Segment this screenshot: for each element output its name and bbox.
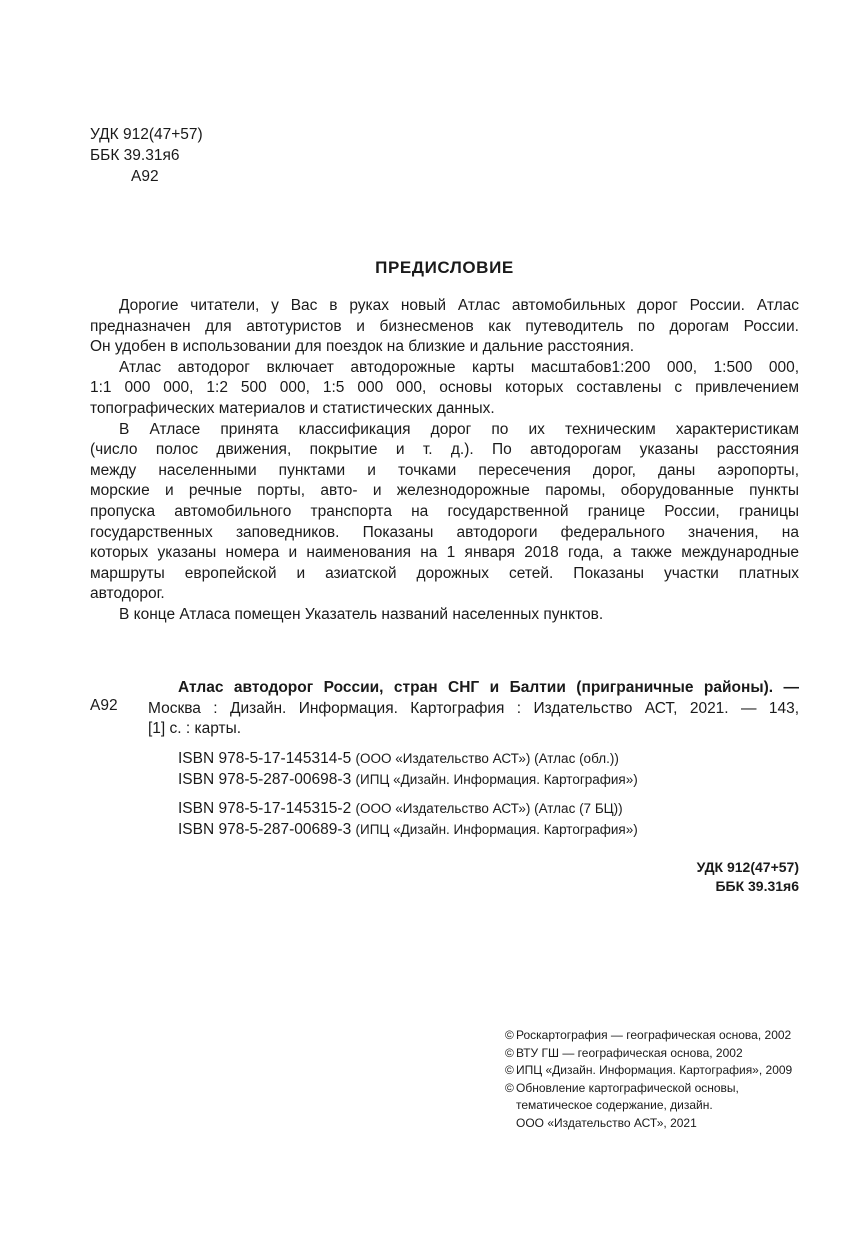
biblio-line: [1] с. : карты. [148, 719, 799, 740]
udk-code: УДК 912(47+57) [697, 858, 799, 877]
isbn-entry: ISBN 978-5-287-00698-3 (ИПЦ «Дизайн. Инф… [178, 769, 638, 790]
text-line: автодорог. [90, 584, 799, 605]
foreword-paragraph: В Атласе принята классификация дорог по … [90, 420, 799, 605]
isbn-entry: ISBN 978-5-17-145315-2 (ООО «Издательств… [178, 798, 638, 819]
text-line: В Атласе принята классификация дорог по … [90, 420, 799, 441]
isbn-number: ISBN 978-5-287-00689-3 [178, 821, 351, 838]
isbn-entry: ISBN 978-5-287-00689-3 (ИПЦ «Дизайн. Инф… [178, 819, 638, 840]
text-line: 1:1 000 000, 1:2 500 000, 1:5 000 000, о… [90, 378, 799, 399]
bbk-code: ББК 39.31я6 [90, 145, 203, 166]
isbn-number: ISBN 978-5-17-145315-2 [178, 800, 351, 817]
text-line: маршруты европейской и азиатской дорожны… [90, 564, 799, 585]
copyright-text: Роскартография — географическая основа, … [516, 1028, 791, 1042]
copyright-icon: © [505, 1045, 516, 1063]
foreword-title: ПРЕДИСЛОВИЕ [90, 258, 799, 278]
isbn-note: (ООО «Издательство АСТ») (Атлас (7 БЦ)) [356, 801, 623, 816]
foreword-paragraph: В конце Атласа помещен Указатель названи… [90, 605, 799, 626]
text-line: (число полос движения, покрытие и т. д.)… [90, 440, 799, 461]
copyright-text: ИПЦ «Дизайн. Информация. Картография», 2… [516, 1063, 792, 1077]
biblio-author-sign: А92 [90, 697, 118, 715]
isbn-number: ISBN 978-5-287-00698-3 [178, 771, 351, 788]
copyright-entry: ©ИПЦ «Дизайн. Информация. Картография», … [505, 1062, 792, 1080]
copyright-text: ООО «Издательство АСТ», 2021 [505, 1115, 792, 1133]
isbn-note: (ИПЦ «Дизайн. Информация. Картография») [356, 822, 638, 837]
copyright-icon: © [505, 1062, 516, 1080]
isbn-group: ISBN 978-5-17-145314-5 (ООО «Издательств… [178, 748, 638, 790]
classification-codes: УДК 912(47+57) ББК 39.31я6 А92 [90, 124, 203, 187]
udk-code: УДК 912(47+57) [90, 124, 203, 145]
biblio-codes: УДК 912(47+57) ББК 39.31я6 [697, 858, 799, 896]
bbk-code: ББК 39.31я6 [697, 877, 799, 896]
biblio-title: Атлас автодорог России, стран СНГ и Балт… [148, 678, 799, 699]
copyright-block: ©Роскартография — географическая основа,… [505, 1027, 792, 1133]
isbn-entry: ISBN 978-5-17-145314-5 (ООО «Издательств… [178, 748, 638, 769]
text-line: предназначен для автотуристов и бизнесме… [90, 317, 799, 338]
text-line: между населенными пунктами и точками пер… [90, 461, 799, 482]
copyright-text: Обновление картографической основы, [516, 1081, 739, 1095]
text-line: Атлас автодорог включает автодорожные ка… [90, 358, 799, 379]
foreword-paragraph: Дорогие читатели, у Вас в руках новый Ат… [90, 296, 799, 358]
foreword-body: Дорогие читатели, у Вас в руках новый Ат… [90, 296, 799, 626]
copyright-text: тематическое содержание, дизайн. [505, 1097, 792, 1115]
text-line: Он удобен в использовании для поездок на… [90, 337, 799, 358]
copyright-text: ВТУ ГШ — географическая основа, 2002 [516, 1046, 743, 1060]
copyright-entry: ©ВТУ ГШ — географическая основа, 2002 [505, 1045, 792, 1063]
biblio-line: Москва : Дизайн. Информация. Картография… [148, 699, 799, 720]
foreword-paragraph: Атлас автодорог включает автодорожные ка… [90, 358, 799, 420]
isbn-note: (ИПЦ «Дизайн. Информация. Картография») [356, 772, 638, 787]
text-line: топографических материалов и статистичес… [90, 399, 799, 420]
isbn-group: ISBN 978-5-17-145315-2 (ООО «Издательств… [178, 798, 638, 840]
biblio-record: Атлас автодорог России, стран СНГ и Балт… [148, 678, 799, 740]
author-sign: А92 [90, 166, 203, 187]
text-line: морские и речные порты, авто- и железнод… [90, 481, 799, 502]
text-line: В конце Атласа помещен Указатель названи… [90, 605, 799, 626]
isbn-number: ISBN 978-5-17-145314-5 [178, 750, 351, 767]
isbn-note: (ООО «Издательство АСТ») (Атлас (обл.)) [356, 751, 619, 766]
text-line: пропуска автомобильного транспорта на го… [90, 502, 799, 523]
copyright-icon: © [505, 1080, 516, 1098]
copyright-entry: ©Роскартография — географическая основа,… [505, 1027, 792, 1045]
copyright-icon: © [505, 1027, 516, 1045]
text-line: которых указаны номера и наименования на… [90, 543, 799, 564]
copyright-entry: ©Обновление картографической основы, [505, 1080, 792, 1098]
text-line: Дорогие читатели, у Вас в руках новый Ат… [90, 296, 799, 317]
text-line: государственных заповедников. Показаны а… [90, 523, 799, 544]
